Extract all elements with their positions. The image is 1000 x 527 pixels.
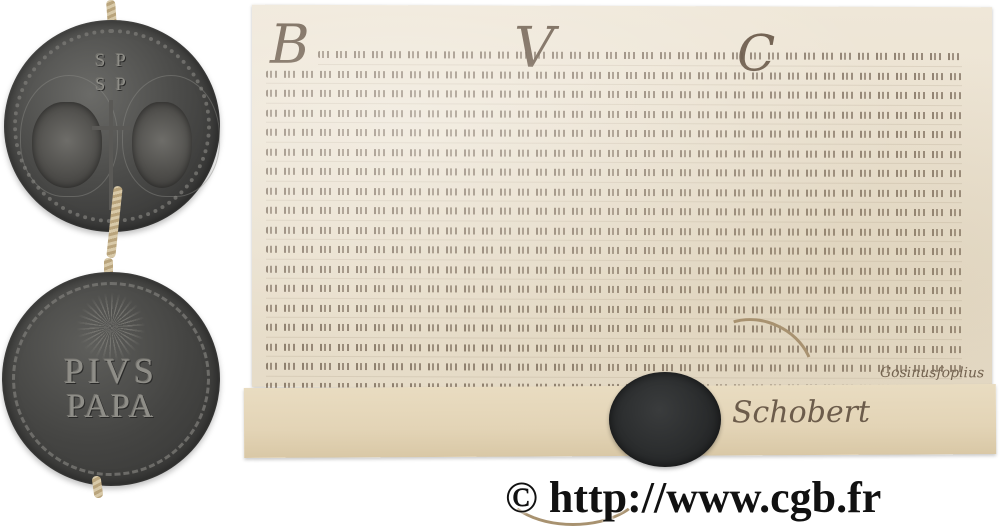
wax-seal (609, 372, 721, 467)
seal-legend-top: S P (4, 50, 220, 71)
seal-name-line2: PAPA (2, 388, 220, 426)
initial-letter-c: C (737, 24, 775, 82)
initial-letter-v: V (514, 16, 554, 81)
parchment-document: B V C Gosinusfoplius (252, 5, 992, 390)
cross-bar (92, 126, 130, 130)
initial-letter-b: B (270, 13, 310, 76)
saint-peter-head (32, 102, 102, 188)
copyright-watermark: © http://www.cgb.fr (505, 474, 881, 522)
lead-seal-reverse: PIVS PAPA (2, 272, 220, 486)
saint-paul-head (132, 102, 192, 188)
seal-name-line1: PIVS (2, 350, 220, 392)
signature-right: Gosinusfoplius (880, 365, 984, 381)
handwritten-text-block (266, 45, 962, 437)
